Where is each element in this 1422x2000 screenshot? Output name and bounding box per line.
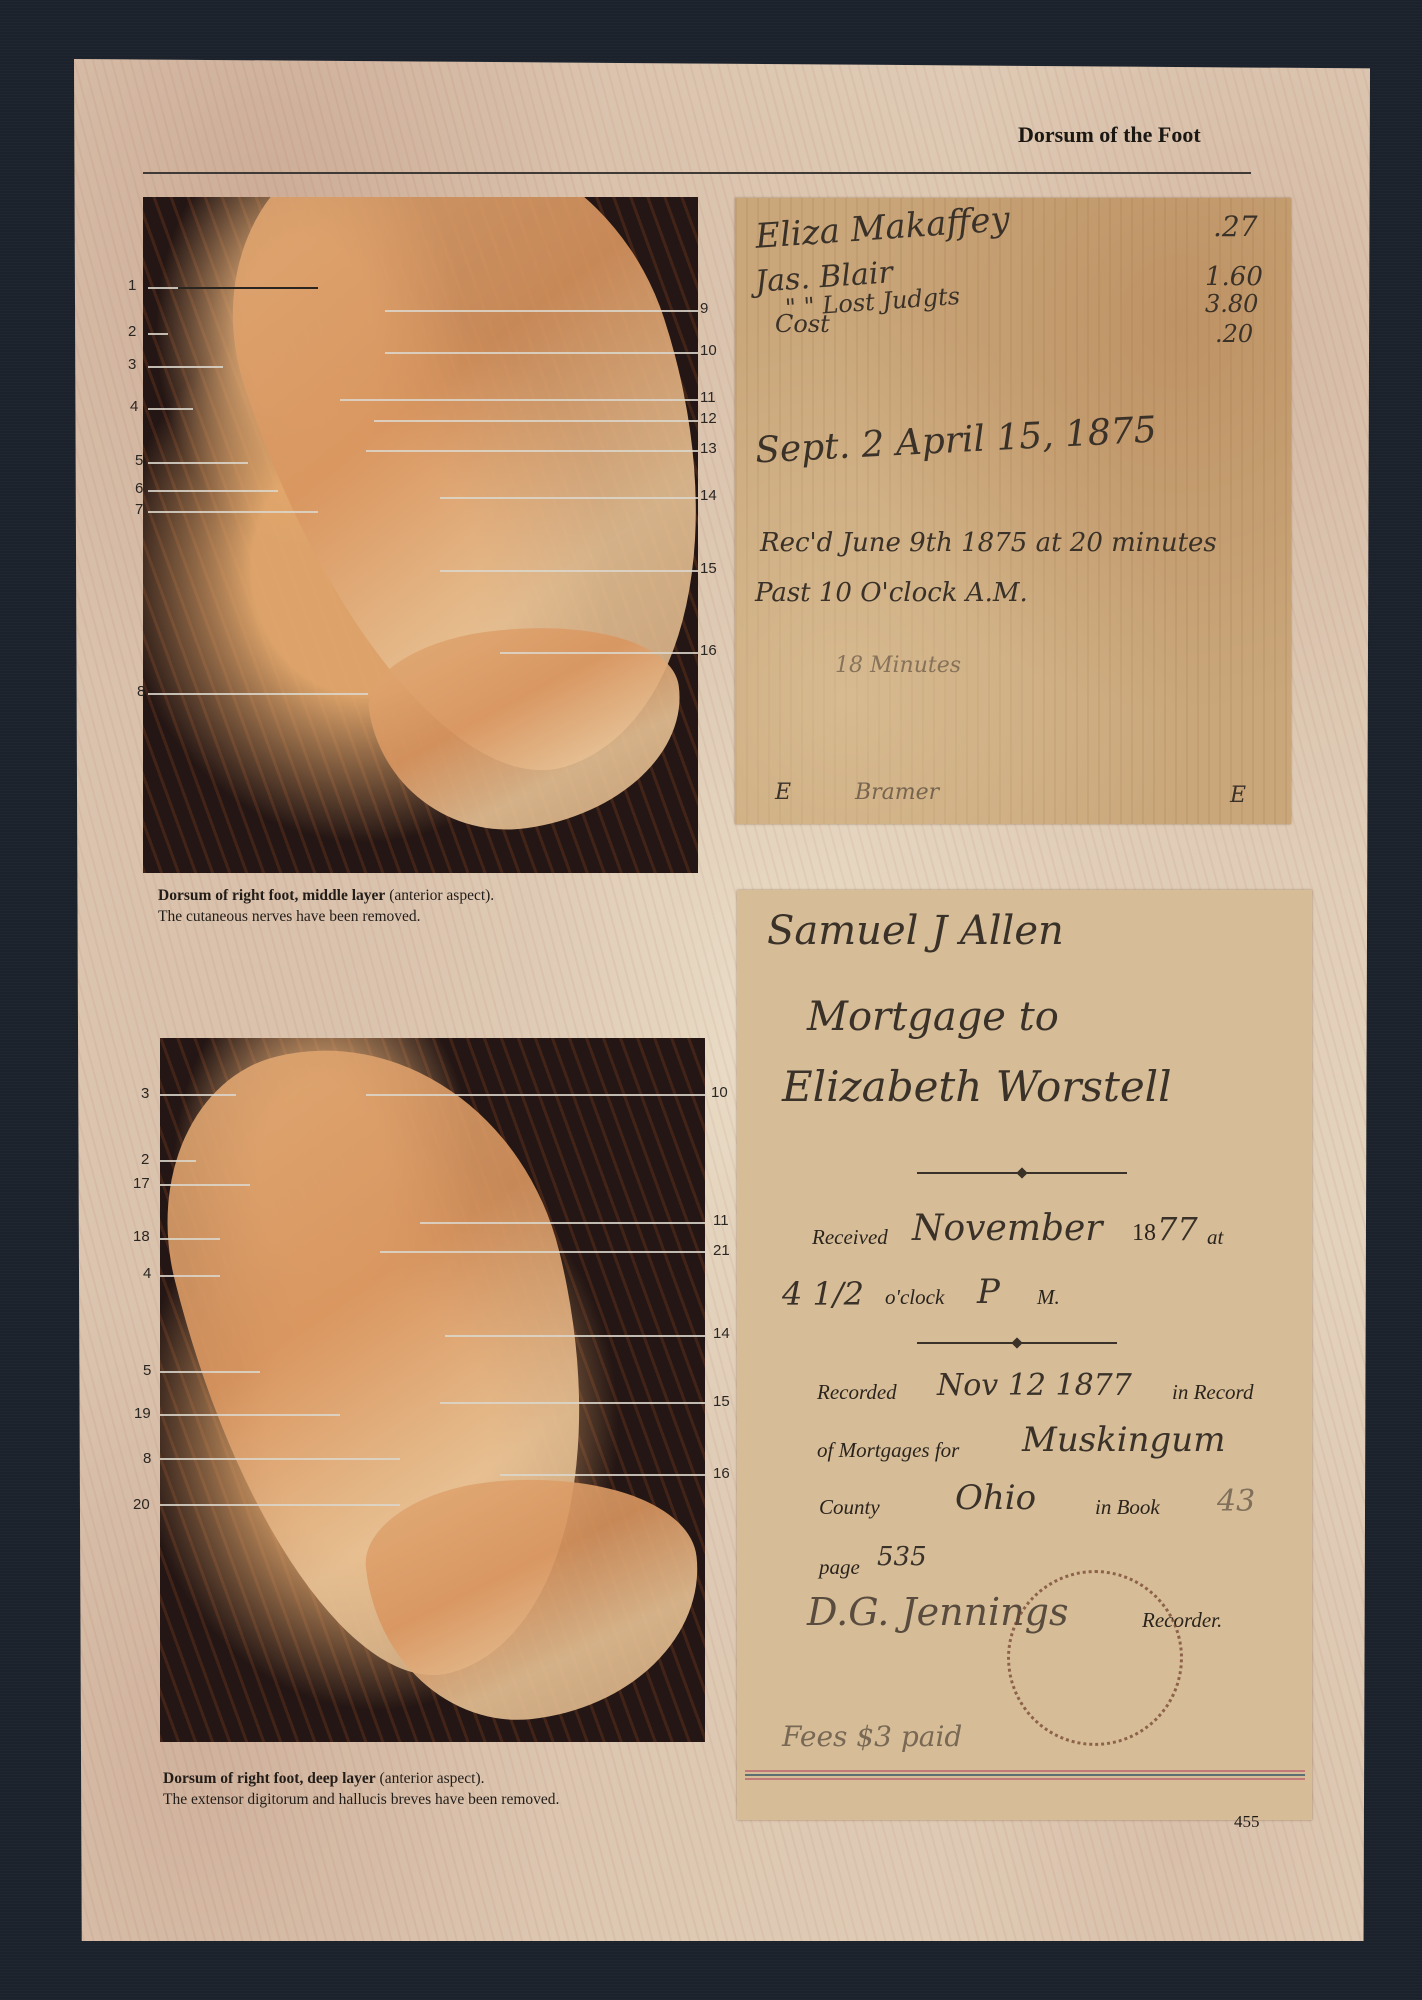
mortgagor-name: Samuel J Allen	[767, 908, 1064, 954]
label-right: 15	[713, 1393, 730, 1410]
corner-mark: E	[775, 780, 791, 805]
leader-line	[160, 1275, 220, 1277]
received-year-suffix: 77	[1157, 1210, 1198, 1248]
caption-title: Dorsum of right foot, deep layer	[163, 1770, 376, 1787]
label-left: 18	[133, 1228, 150, 1245]
leader-line	[380, 1251, 705, 1253]
label-right: 10	[700, 342, 717, 359]
label-right: 14	[700, 487, 717, 504]
leader-line	[160, 1094, 236, 1096]
red-rule	[745, 1778, 1305, 1780]
leader-line	[160, 1458, 400, 1460]
state-name: Ohio	[955, 1478, 1036, 1518]
label-right: 21	[713, 1242, 730, 1259]
page-label: page	[819, 1555, 860, 1580]
page-title: Dorsum of the Foot	[1018, 122, 1201, 148]
in-record-label: in Record	[1172, 1380, 1253, 1405]
county-name: Muskingum	[1022, 1420, 1225, 1460]
label-right: 16	[700, 642, 717, 659]
leader-line	[366, 450, 698, 452]
label-left: 8	[137, 683, 145, 700]
label-left: 8	[143, 1450, 151, 1467]
mortgage-to-label: Mortgage to	[807, 994, 1059, 1040]
leader-line	[385, 352, 698, 354]
figure-caption-deep-layer: Dorsum of right foot, deep layer (anteri…	[163, 1768, 559, 1810]
corner-mark: E	[1230, 783, 1246, 808]
county-label: County	[819, 1495, 880, 1520]
leader-line	[178, 287, 318, 289]
received-year-prefix: 18	[1132, 1220, 1156, 1247]
mortgage-document: Samuel J Allen Mortgage to Elizabeth Wor…	[737, 890, 1312, 1820]
ampm-hand: P	[977, 1272, 1000, 1312]
label-right: 11	[700, 389, 716, 406]
blue-rule	[745, 1774, 1305, 1776]
figure-caption-middle-layer: Dorsum of right foot, middle layer (ante…	[158, 885, 494, 927]
leader-line	[148, 693, 368, 695]
label-left: 4	[130, 398, 138, 415]
recorded-label: Recorded	[817, 1380, 897, 1405]
page-number: 455	[1234, 1812, 1260, 1832]
mortgagee-name: Elizabeth Worstell	[782, 1062, 1172, 1111]
received-month: November	[912, 1208, 1103, 1249]
label-right: 13	[700, 440, 717, 457]
leader-line	[420, 1222, 705, 1224]
book-page-number: 535	[877, 1542, 927, 1572]
receipt-amount: .20	[1215, 320, 1253, 348]
receipt-date: Sept. 2 April 15, 1875	[754, 410, 1157, 472]
caption-description: The cutaneous nerves have been removed.	[158, 908, 421, 925]
oclock-label: o'clock	[885, 1285, 944, 1310]
in-book-label: in Book	[1095, 1495, 1160, 1520]
label-right: 14	[713, 1325, 730, 1342]
leader-line	[160, 1238, 220, 1240]
leader-line	[440, 1402, 705, 1404]
recorded-date: Nov 12 1877	[937, 1368, 1132, 1403]
foot-photo-deep-layer	[160, 1038, 705, 1742]
leader-line	[366, 1094, 705, 1096]
label-left: 6	[135, 480, 143, 497]
of-mortgages-label: of Mortgages for	[817, 1438, 959, 1463]
label-right: 12	[700, 410, 717, 427]
label-right: 10	[711, 1084, 728, 1101]
receipt-amount: 3.80	[1205, 290, 1258, 318]
label-left: 19	[134, 1405, 151, 1422]
received-label: Received	[812, 1225, 888, 1250]
received-hour: 4 1/2	[782, 1275, 864, 1313]
label-left: 4	[143, 1265, 151, 1282]
label-left: 2	[141, 1151, 149, 1168]
header-rule	[143, 172, 1251, 174]
label-left: 1	[128, 277, 136, 294]
leader-line	[148, 408, 193, 410]
leader-line	[160, 1184, 250, 1186]
caption-aspect: (anterior aspect).	[376, 1770, 485, 1787]
leader-line	[445, 1335, 705, 1337]
receipt-signature: Bramer	[855, 780, 939, 805]
receipt-document: Eliza Makaffey Jas. Blair " " Lost Judgt…	[735, 198, 1291, 824]
label-left: 3	[141, 1085, 149, 1102]
label-left: 7	[135, 501, 143, 518]
label-right: 16	[713, 1465, 730, 1482]
label-left: 5	[135, 452, 143, 469]
leader-line	[385, 310, 698, 312]
receipt-amount: .27	[1213, 210, 1258, 243]
leader-line	[500, 1474, 705, 1476]
receipt-line-4: Cost	[775, 310, 830, 338]
receipt-amount: 1.60	[1205, 262, 1263, 292]
leader-line	[160, 1504, 400, 1506]
caption-aspect: (anterior aspect).	[385, 887, 494, 904]
label-left: 20	[133, 1496, 150, 1513]
leader-line	[148, 462, 248, 464]
leader-line	[160, 1160, 196, 1162]
caption-title: Dorsum of right foot, middle layer	[158, 887, 385, 904]
leader-line	[340, 399, 698, 401]
leader-line	[440, 497, 698, 499]
county-seal	[1007, 1570, 1183, 1746]
receipt-time: Past 10 O'clock A.M.	[755, 578, 1028, 608]
receipt-received: Rec'd June 9th 1875 at 20 minutes	[760, 528, 1217, 558]
label-right: 9	[700, 300, 708, 317]
at-label: at	[1207, 1225, 1223, 1250]
leader-line	[148, 366, 223, 368]
leader-line	[148, 333, 168, 335]
leader-line	[160, 1414, 340, 1416]
m-label: M.	[1037, 1285, 1060, 1310]
leader-line	[500, 652, 698, 654]
leader-line	[160, 1371, 260, 1373]
book-number: 43	[1217, 1484, 1255, 1519]
label-left: 3	[128, 356, 136, 373]
leader-line	[440, 570, 698, 572]
fees-note: Fees $3 paid	[782, 1720, 962, 1753]
receipt-faint-line: 18 Minutes	[835, 653, 961, 678]
foot-photo-middle-layer	[143, 197, 698, 873]
caption-description: The extensor digitorum and hallucis brev…	[163, 1791, 559, 1808]
receipt-line-1: Eliza Makaffey	[754, 199, 1011, 257]
leader-line	[148, 490, 278, 492]
label-left: 2	[128, 323, 136, 340]
ornament-divider	[917, 1342, 1117, 1344]
leader-line	[148, 511, 318, 513]
label-right: 15	[700, 560, 717, 577]
label-left: 5	[143, 1362, 151, 1379]
ornament-divider	[917, 1172, 1127, 1174]
label-right: 11	[713, 1212, 729, 1229]
red-rule	[745, 1770, 1305, 1772]
label-left: 17	[133, 1175, 150, 1192]
leader-line	[374, 420, 698, 422]
